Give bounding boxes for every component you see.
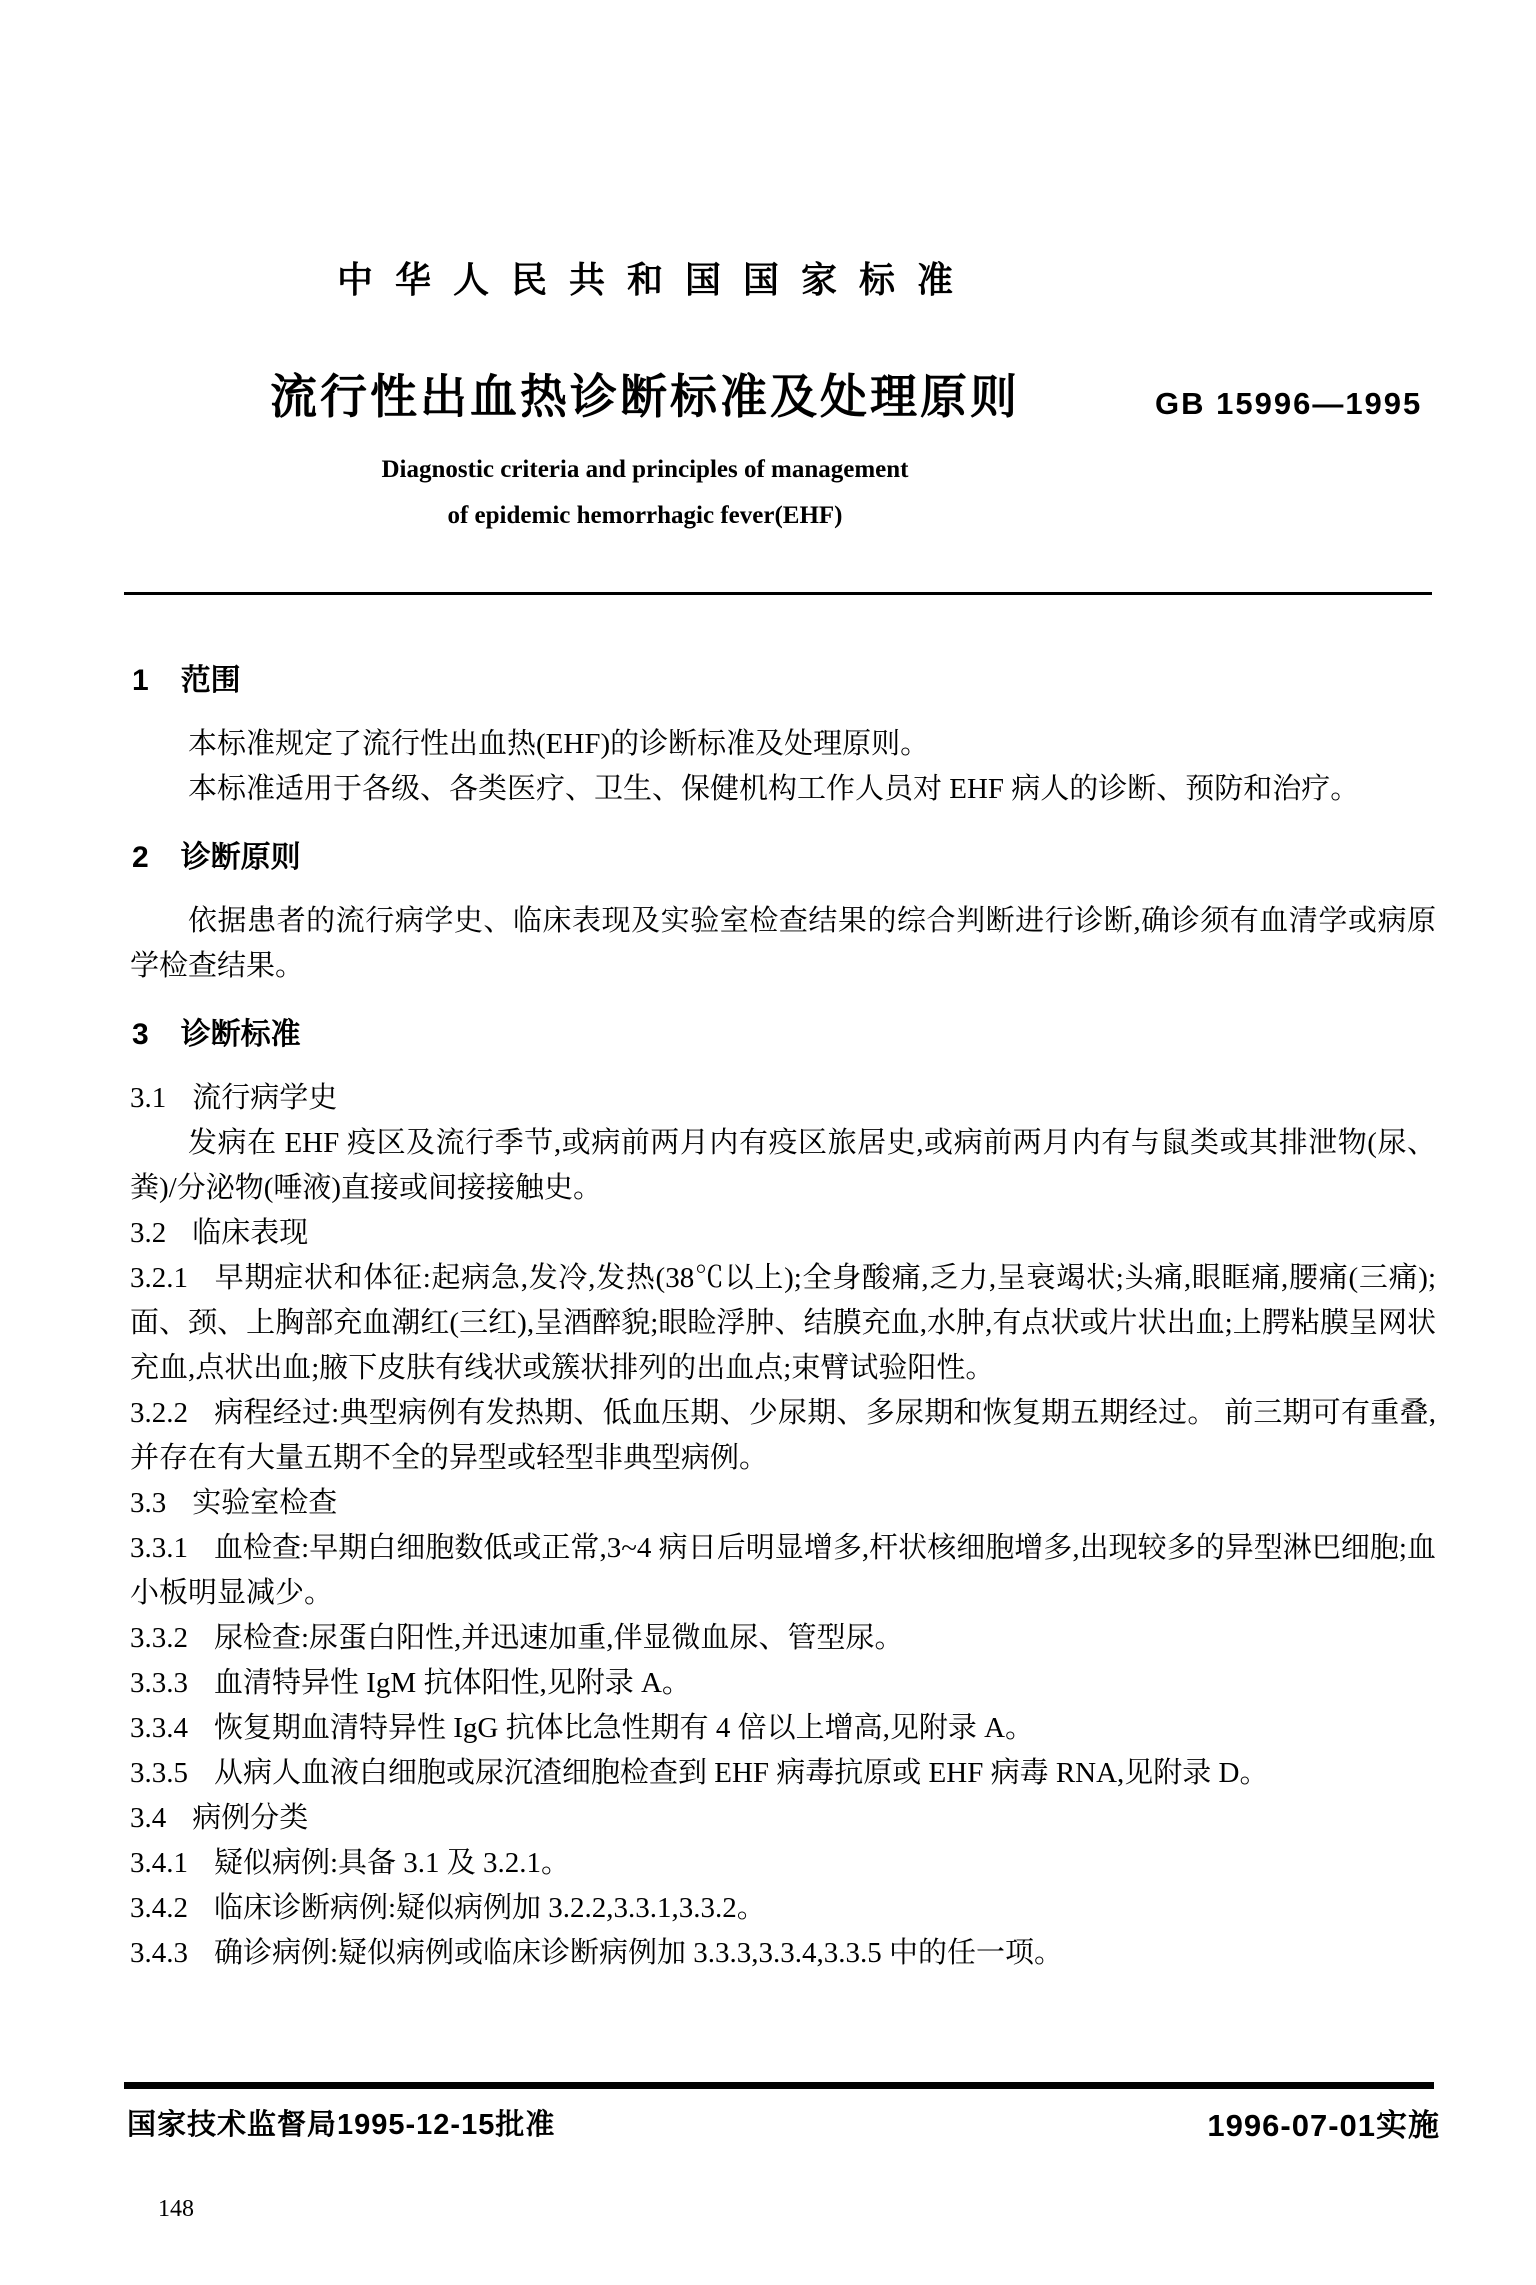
clause-3-4-3: 3.4.3确诊病例:疑似病例或临床诊断病例加 3.3.3,3.3.4,3.3.5… [130,1931,1436,1976]
document-page: 中华人民共和国国家标准 流行性出血热诊断标准及处理原则 GB 15996—199… [0,0,1536,2285]
section-2-title: 诊断原则 [181,841,301,874]
clause-3-2-2-text: 病程经过:典型病例有发热期、低血压期、少尿期、多尿期和恢复期五期经过。 前三期可… [130,1397,1436,1474]
section-1-number: 1 [132,664,149,697]
standard-number: GB 15996—1995 [1155,386,1422,422]
english-subtitle-line2: of epidemic hemorrhagic fever(EHF) [130,502,1160,530]
clause-3-3-3: 3.3.3血清特异性 IgM 抗体阳性,见附录 A。 [130,1661,1436,1706]
clause-3-2-1-number: 3.2.1 [130,1262,188,1294]
clause-3-3-3-text: 血清特异性 IgM 抗体阳性,见附录 A。 [214,1667,691,1699]
clause-3-2-number: 3.2 [130,1217,166,1249]
footer-divider [124,2082,1434,2089]
section-1-title: 范围 [181,664,241,697]
clause-3-4-heading: 3.4病例分类 [130,1796,1436,1841]
clause-3-4-title: 病例分类 [192,1802,308,1834]
clause-3-4-1: 3.4.1疑似病例:具备 3.1 及 3.2.1。 [130,1841,1436,1886]
clause-3-2-2: 3.2.2病程经过:典型病例有发热期、低血压期、少尿期、多尿期和恢复期五期经过。… [130,1391,1436,1481]
clause-3-1-paragraph: 发病在 EHF 疫区及流行季节,或病前两月内有疫区旅居史,或病前两月内有与鼠类或… [130,1121,1436,1211]
section-3-number: 3 [132,1018,149,1051]
clause-3-2-2-number: 3.2.2 [130,1397,188,1429]
clause-3-2-1-text: 早期症状和体征:起病急,发冷,发热(38℃以上);全身酸痛,乏力,呈衰竭状;头痛… [130,1262,1436,1384]
clause-3-1-number: 3.1 [130,1082,166,1114]
clause-3-4-3-number: 3.4.3 [130,1937,188,1969]
section-1-paragraph-2: 本标准适用于各级、各类医疗、卫生、保健机构工作人员对 EHF 病人的诊断、预防和… [130,767,1436,812]
clause-3-4-number: 3.4 [130,1802,166,1834]
clause-3-3-2-text: 尿检查:尿蛋白阳性,并迅速加重,伴显微血尿、管型尿。 [214,1622,904,1654]
section-2-number: 2 [132,841,149,874]
clause-3-3-heading: 3.3实验室检查 [130,1481,1436,1526]
clause-3-4-2: 3.4.2临床诊断病例:疑似病例加 3.2.2,3.3.1,3.3.2。 [130,1886,1436,1931]
clause-3-3-4-number: 3.3.4 [130,1712,188,1744]
clause-3-3-5-text: 从病人血液白细胞或尿沉渣细胞检查到 EHF 病毒抗原或 EHF 病毒 RNA,见… [214,1757,1269,1789]
clause-3-3-title: 实验室检查 [192,1487,337,1519]
clause-3-4-1-text: 疑似病例:具备 3.1 及 3.2.1。 [214,1847,570,1879]
clause-3-3-2: 3.3.2尿检查:尿蛋白阳性,并迅速加重,伴显微血尿、管型尿。 [130,1616,1436,1661]
section-1-paragraph-1: 本标准规定了流行性出血热(EHF)的诊断标准及处理原则。 [130,722,1436,767]
approval-note: 国家技术监督局1995-12-15批准 [127,2102,555,2143]
section-2-heading: 2诊断原则 [132,837,1436,879]
clause-3-1-heading: 3.1流行病学史 [130,1076,1436,1121]
clause-3-1-title: 流行病学史 [192,1082,337,1114]
clause-3-2-title: 临床表现 [192,1217,308,1249]
clause-3-3-number: 3.3 [130,1487,166,1519]
clause-3-3-4-text: 恢复期血清特异性 IgG 抗体比急性期有 4 倍以上增高,见附录 A。 [214,1712,1034,1744]
section-3-heading: 3诊断标准 [132,1014,1436,1056]
standard-header: 中华人民共和国国家标准 [130,252,1160,303]
clause-3-3-3-number: 3.3.3 [130,1667,188,1699]
clause-3-2-1: 3.2.1早期症状和体征:起病急,发冷,发热(38℃以上);全身酸痛,乏力,呈衰… [130,1256,1436,1391]
clause-3-3-5: 3.3.5从病人血液白细胞或尿沉渣细胞检查到 EHF 病毒抗原或 EHF 病毒 … [130,1751,1436,1796]
section-3-title: 诊断标准 [181,1018,301,1051]
clause-3-2-heading: 3.2临床表现 [130,1211,1436,1256]
clause-3-3-5-number: 3.3.5 [130,1757,188,1789]
clause-3-3-1-number: 3.3.1 [130,1532,188,1564]
clause-3-4-2-number: 3.4.2 [130,1892,188,1924]
header-divider [124,592,1432,595]
implementation-note: 1996-07-01实施 [1207,2100,1440,2145]
document-body: 1范围 本标准规定了流行性出血热(EHF)的诊断标准及处理原则。 本标准适用于各… [130,660,1436,1976]
clause-3-4-3-text: 确诊病例:疑似病例或临床诊断病例加 3.3.3,3.3.4,3.3.5 中的任一… [214,1937,1063,1969]
page-number: 148 [158,2196,194,2223]
clause-3-4-1-number: 3.4.1 [130,1847,188,1879]
clause-3-3-2-number: 3.3.2 [130,1622,188,1654]
document-title: 流行性出血热诊断标准及处理原则 [130,360,1160,427]
clause-3-3-4: 3.3.4恢复期血清特异性 IgG 抗体比急性期有 4 倍以上增高,见附录 A。 [130,1706,1436,1751]
english-subtitle-line1: Diagnostic criteria and principles of ma… [130,456,1160,484]
section-1-heading: 1范围 [132,660,1436,702]
section-2-paragraph-1: 依据患者的流行病学史、临床表现及实验室检查结果的综合判断进行诊断,确诊须有血清学… [130,899,1436,989]
clause-3-3-1: 3.3.1血检查:早期白细胞数低或正常,3~4 病日后明显增多,杆状核细胞增多,… [130,1526,1436,1616]
clause-3-3-1-text: 血检查:早期白细胞数低或正常,3~4 病日后明显增多,杆状核细胞增多,出现较多的… [130,1532,1436,1609]
clause-3-4-2-text: 临床诊断病例:疑似病例加 3.2.2,3.3.1,3.3.2。 [214,1892,766,1924]
